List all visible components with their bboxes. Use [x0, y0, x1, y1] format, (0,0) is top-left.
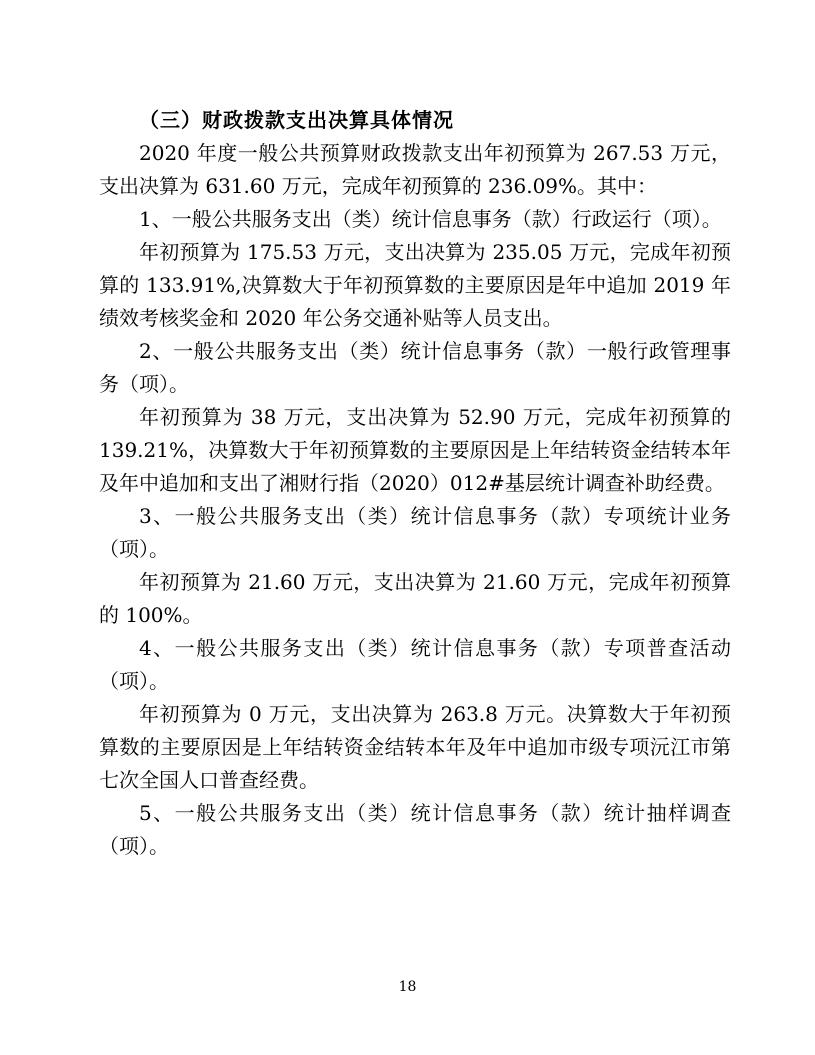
paragraph-item-3: 3、一般公共服务支出（类）统计信息事务（款）专项统计业务（项）。 [99, 500, 731, 566]
paragraph-item-1-detail: 年初预算为 175.53 万元，支出决算为 235.05 万元，完成年初预算的 … [99, 236, 731, 335]
document-body: （三）财政拨款支出决算具体情况 2020 年度一般公共预算财政拨款支出年初预算为… [99, 104, 731, 863]
paragraph-item-2-detail: 年初预算为 38 万元，支出决算为 52.90 万元，完成年初预算的 139.2… [99, 401, 731, 500]
paragraph-item-1: 1、一般公共服务支出（类）统计信息事务（款）行政运行（项）。 [99, 203, 731, 236]
paragraph-item-5: 5、一般公共服务支出（类）统计信息事务（款）统计抽样调查（项）。 [99, 797, 731, 863]
paragraph-item-4: 4、一般公共服务支出（类）统计信息事务（款）专项普查活动（项）。 [99, 632, 731, 698]
paragraph-intro: 2020 年度一般公共预算财政拨款支出年初预算为 267.53 万元，支出决算为… [99, 137, 731, 203]
paragraph-item-4-detail: 年初预算为 0 万元，支出决算为 263.8 万元。决算数大于年初预算数的主要原… [99, 698, 731, 797]
document-page: （三）财政拨款支出决算具体情况 2020 年度一般公共预算财政拨款支出年初预算为… [0, 0, 815, 1055]
paragraph-item-3-detail: 年初预算为 21.60 万元，支出决算为 21.60 万元，完成年初预算的 10… [99, 566, 731, 632]
section-heading: （三）财政拨款支出决算具体情况 [99, 104, 731, 137]
paragraph-item-2: 2、一般公共服务支出（类）统计信息事务（款）一般行政管理事务（项）。 [99, 335, 731, 401]
page-number: 18 [0, 979, 815, 995]
